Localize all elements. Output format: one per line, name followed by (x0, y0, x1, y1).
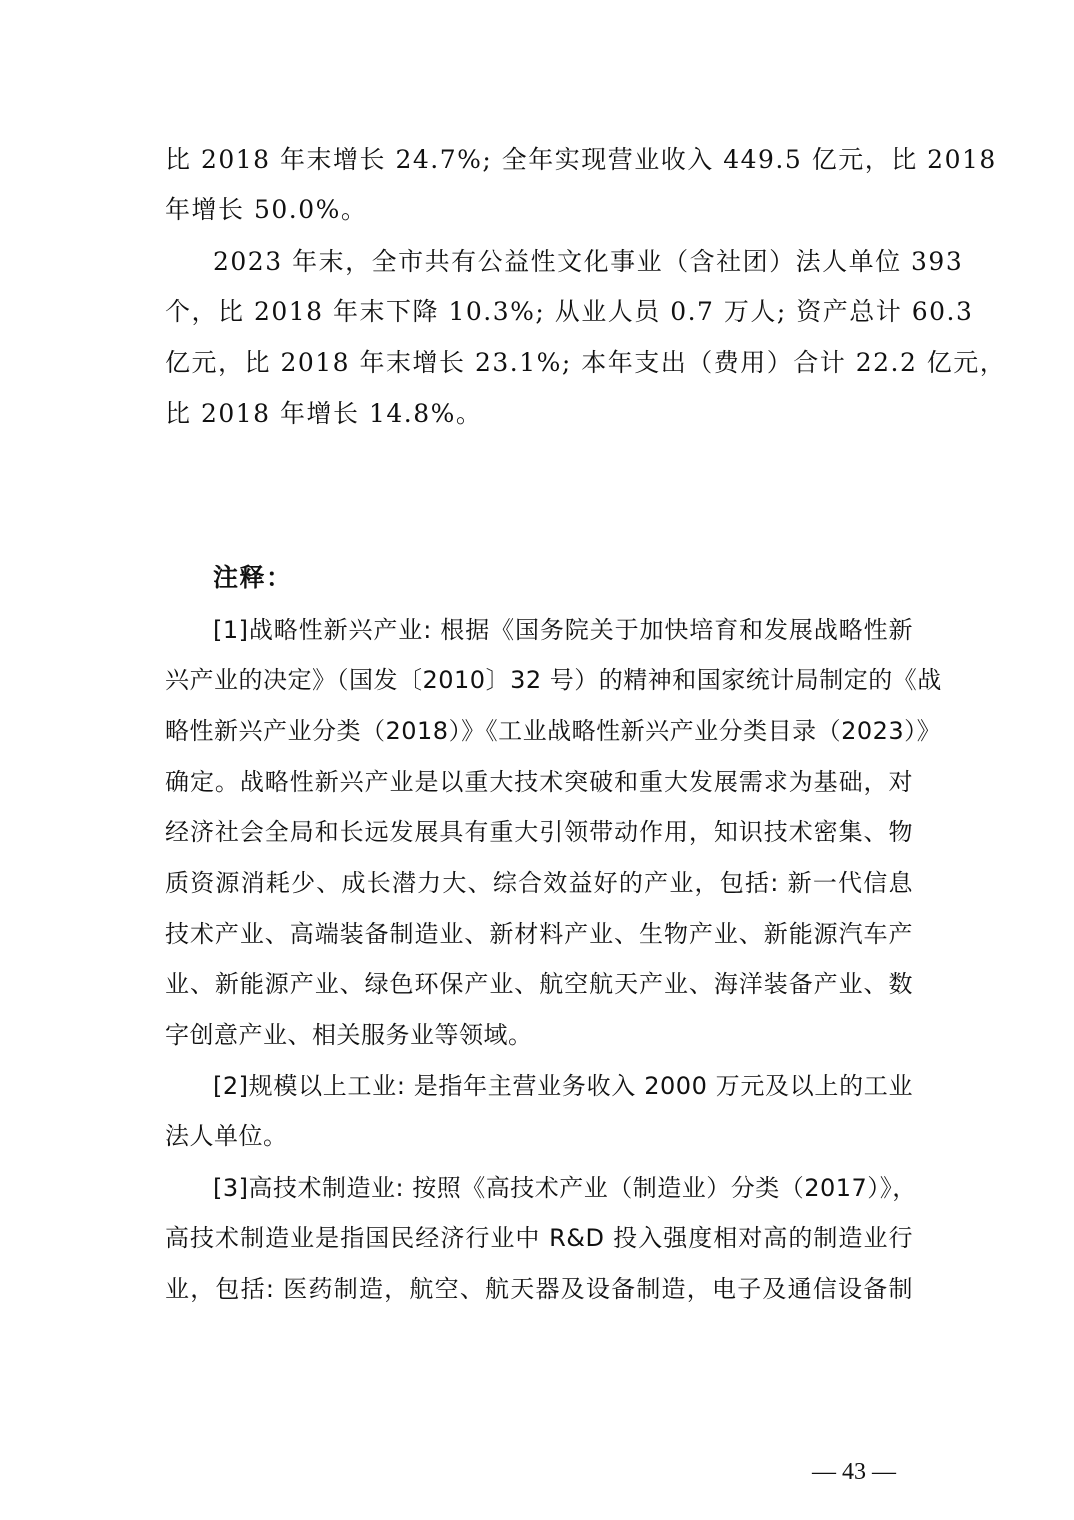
paragraph-line: 比 2018 年末增长 24.7%; 全年实现营业收入 449.5 亿元，比 2… (165, 145, 913, 175)
note-1-line: 技术产业、高端装备制造业、新材料产业、生物产业、新能源汽车产 (165, 919, 913, 949)
note-1-line: 业、新能源产业、绿色环保产业、航空航天产业、海洋装备产业、数 (165, 969, 913, 999)
note-1-line: 经济社会全局和长远发展具有重大引领带动作用，知识技术密集、物 (165, 817, 913, 847)
note-1-line: 兴产业的决定》（国发〔2010〕32 号）的精神和国家统计局制定的《战 (165, 665, 913, 695)
note-1-line: 字创意产业、相关服务业等领域。 (165, 1020, 533, 1050)
note-1-line: 确定。战略性新兴产业是以重大技术突破和重大发展需求为基础，对 (165, 767, 913, 797)
note-2-line: 法人单位。 (165, 1121, 288, 1151)
note-1-line: 略性新兴产业分类（2018）》《工业战略性新兴产业分类目录（2023）》 (165, 716, 913, 746)
note-1-line: 质资源消耗少、成长潜力大、综合效益好的产业，包括: 新一代信息 (165, 868, 913, 898)
paragraph-line: 2023 年末，全市共有公益性文化事业（含社团）法人单位 393 (213, 247, 913, 277)
note-2-line: [2]规模以上工业: 是指年主营业务收入 2000 万元及以上的工业 (213, 1071, 913, 1101)
paragraph-line: 比 2018 年增长 14.8%。 (165, 399, 482, 429)
page-number: — 43 — (812, 1459, 896, 1486)
paragraph-line: 年增长 50.0%。 (165, 195, 367, 225)
note-3-line: 业，包括: 医药制造，航空、航天器及设备制造，电子及通信设备制 (165, 1274, 913, 1304)
notes-title: 注释： (213, 563, 293, 593)
note-1-line: [1]战略性新兴产业: 根据《国务院关于加快培育和发展战略性新 (213, 615, 913, 645)
paragraph-line: 亿元，比 2018 年末增长 23.1%; 本年支出（费用）合计 22.2 亿元… (165, 348, 913, 378)
paragraph-line: 个，比 2018 年末下降 10.3%; 从业人员 0.7 万人; 资产总计 6… (165, 297, 913, 327)
note-3-line: [3]高技术制造业: 按照《高技术产业（制造业）分类（2017）》， (213, 1173, 913, 1203)
note-3-line: 高技术制造业是指国民经济行业中 R&D 投入强度相对高的制造业行 (165, 1223, 913, 1253)
